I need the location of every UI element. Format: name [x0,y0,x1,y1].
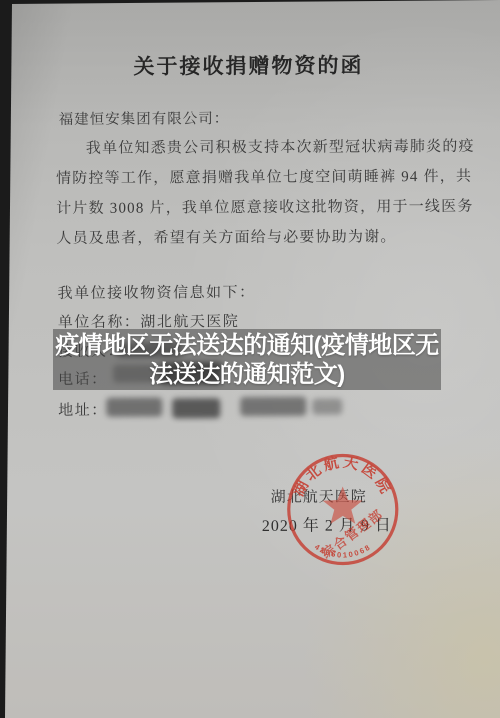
red-seal-stamp: 湖北航天医院 综合管理部 4206010068 [277,444,408,575]
redaction-smudge [240,397,306,416]
body-line: 计片数 3008 片，我单位愿意接收这批物资，用于一线医务 [56,192,458,224]
body-line: 我单位知悉贵公司积极支持本次新型冠状病毒肺炎的疫 [56,132,458,164]
salutation: 福建恒安集团有限公司： [59,107,230,129]
redaction-smudge [106,397,162,416]
document-title: 关于接收捐赠物资的函 [53,49,443,81]
seal-star-icon [323,486,363,524]
body-line: 人员及患者，希望有关方面给与必要协助为谢。 [56,222,458,254]
info-heading: 我单位接收物资信息如下： [58,281,256,303]
overlay-title-line: 法送达的通知范文) [149,360,345,389]
redaction-smudge [312,399,342,415]
field-label: 地址： [58,403,108,419]
body-line: 情防控等工作，愿意捐赠我单位七度空间萌睡裤 94 件，共 [56,162,458,194]
document-photo: 关于接收捐赠物资的函 福建恒安集团有限公司： 我单位知悉贵公司积极支持本次新型冠… [0,0,500,718]
redaction-smudge [172,398,220,418]
field-address: 地址： [58,399,108,420]
overlay-title-line: 疫情地区无法送达的通知(疫情地区无 [55,331,439,360]
overlay-title-banner: 疫情地区无法送达的通知(疫情地区无 法送达的通知范文) [53,329,441,390]
body-paragraph: 我单位知悉贵公司积极支持本次新型冠状病毒肺炎的疫 情防控等工作，愿意捐赠我单位七… [56,132,459,254]
